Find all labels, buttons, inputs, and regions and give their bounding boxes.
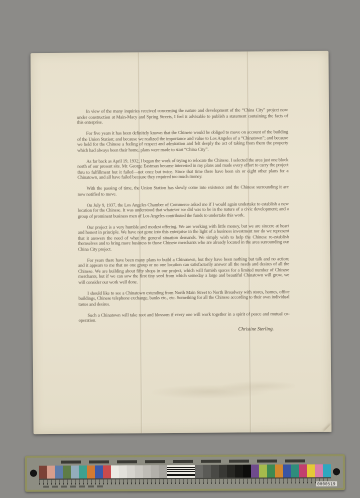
letter-paragraph: As far back as April 19, 1932, I began t… (77, 157, 288, 181)
color-patch (79, 466, 87, 479)
color-patch (63, 466, 71, 479)
punch-hole-right (333, 468, 340, 475)
dark-ramp-patches (195, 465, 251, 478)
folded-corner (323, 424, 331, 432)
gray-ramp-patches (111, 465, 167, 478)
paper-crease (152, 378, 295, 405)
color-patch (283, 464, 291, 477)
letter-paragraph: Such a Chinatown will take root and blos… (79, 311, 290, 324)
letter-paragraph: With the passing of time, the Union Stat… (78, 184, 289, 197)
color-patch (299, 464, 307, 477)
illegible-markings (43, 485, 103, 487)
color-patch (323, 464, 331, 477)
letter-paragraph: In view of the many inquiries received c… (77, 107, 288, 125)
color-patch (195, 465, 203, 478)
color-patch (143, 465, 151, 478)
color-patch (251, 465, 259, 478)
signature: Christine Sterling. (79, 327, 290, 334)
color-patch (259, 465, 267, 478)
right-color-patches (251, 464, 331, 477)
letter-paragraph: On July 9, 1937, the Los Angeles Chamber… (78, 201, 289, 219)
punch-hole-left (30, 470, 37, 477)
color-patch (275, 464, 283, 477)
color-patch (235, 465, 243, 478)
color-patch (159, 465, 167, 478)
color-patch (135, 465, 143, 478)
color-patch (227, 465, 235, 478)
letter-text: In view of the many inquiries received c… (77, 107, 290, 334)
color-patch (119, 465, 127, 478)
letter-document: In view of the many inquiries received c… (31, 51, 332, 434)
resolution-target (167, 465, 195, 478)
color-patch (267, 465, 275, 478)
letter-paragraph: Our project is a very humble and modest … (78, 223, 289, 252)
density-bars (61, 459, 309, 463)
color-calibration-bar: 0000519 (25, 454, 345, 492)
ruler-ticks (39, 477, 331, 485)
color-patch (127, 465, 135, 478)
color-patch (243, 465, 251, 478)
letter-paragraph: For years there have been many plans to … (78, 256, 289, 285)
frame-number-label: 0000519 (316, 481, 337, 486)
color-patch (203, 465, 211, 478)
color-patch (71, 466, 79, 479)
color-patch (87, 465, 95, 478)
letter-paragraph: I should like to see a Chinatown extendi… (78, 289, 289, 307)
color-patch (47, 466, 55, 479)
color-patch (315, 464, 323, 477)
color-patch (103, 465, 111, 478)
color-patch (95, 465, 103, 478)
color-patch (219, 465, 227, 478)
color-patch (307, 464, 315, 477)
color-patch (151, 465, 159, 478)
color-patch (39, 466, 47, 479)
color-patch (111, 465, 119, 478)
color-patch (211, 465, 219, 478)
color-patch (55, 466, 63, 479)
left-color-patches (39, 465, 111, 478)
letter-paragraph: For five years it has been definitely kn… (77, 129, 288, 153)
color-patch (291, 464, 299, 477)
